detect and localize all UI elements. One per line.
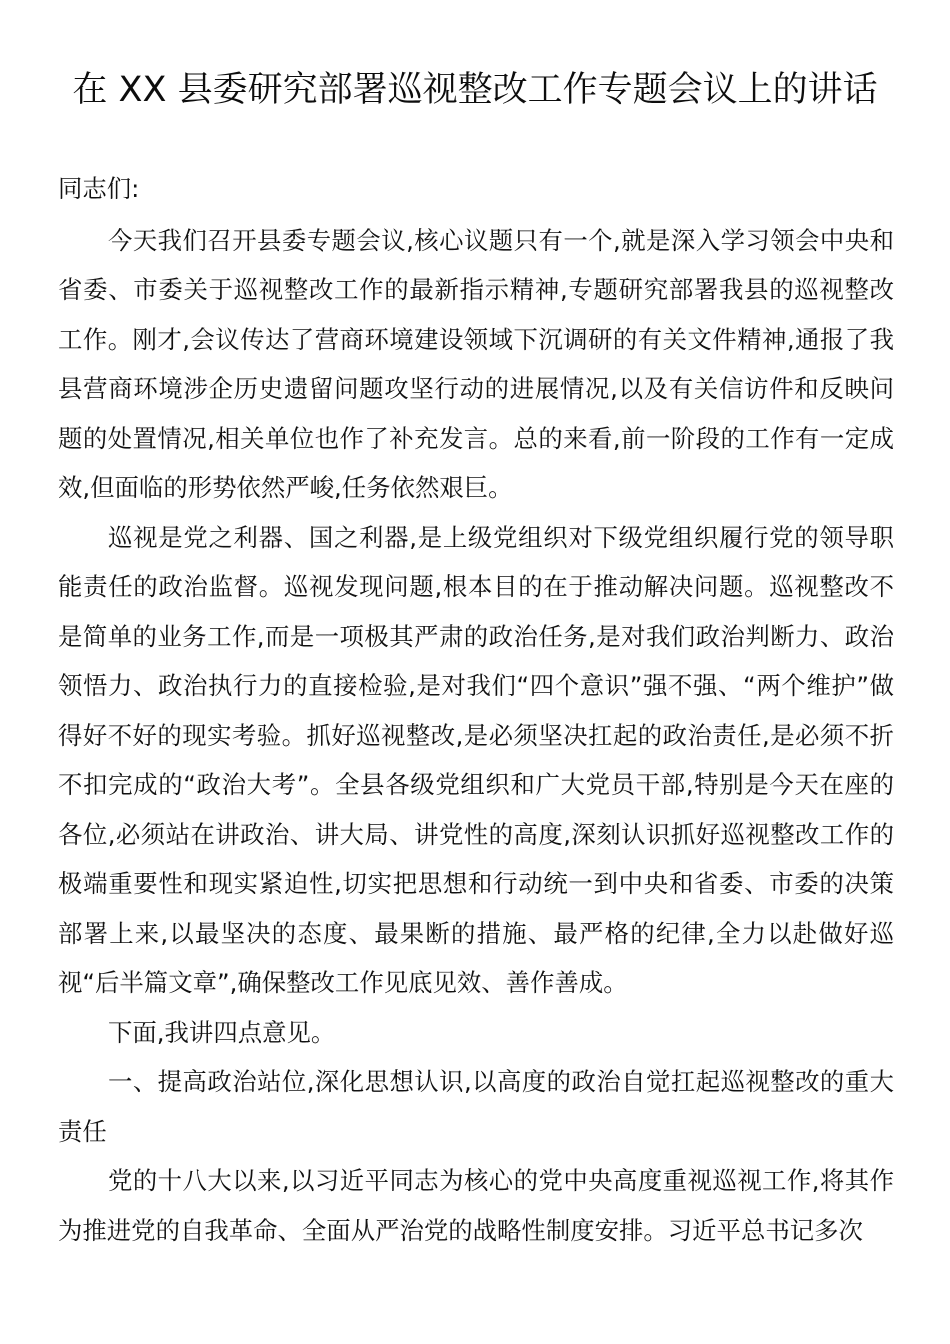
paragraph-inspection-significance: 巡视是党之利器、国之利器,是上级党组织对下级党组织履行党的领导职能责任的政治监督…	[58, 513, 894, 1008]
salutation: 同志们:	[58, 164, 894, 214]
section-heading-1: 一、提高政治站位,深化思想认识,以高度的政治自觉扛起巡视整改的重大责任	[58, 1057, 894, 1156]
paragraph-four-points-intro: 下面,我讲四点意见。	[58, 1008, 894, 1058]
document-body: 同志们: 今天我们召开县委专题会议,核心议题只有一个,就是深入学习领会中央和省委…	[58, 164, 894, 1255]
document-title: 在 XX 县委研究部署巡视整改工作专题会议上的讲话	[0, 66, 950, 114]
paragraph-opening: 今天我们召开县委专题会议,核心议题只有一个,就是深入学习领会中央和省委、市委关于…	[58, 216, 894, 513]
document-page: 在 XX 县委研究部署巡视整改工作专题会议上的讲话 同志们: 今天我们召开县委专…	[0, 0, 950, 1344]
paragraph-section-1-body: 党的十八大以来,以习近平同志为核心的党中央高度重视巡视工作,将其作为推进党的自我…	[58, 1156, 894, 1255]
